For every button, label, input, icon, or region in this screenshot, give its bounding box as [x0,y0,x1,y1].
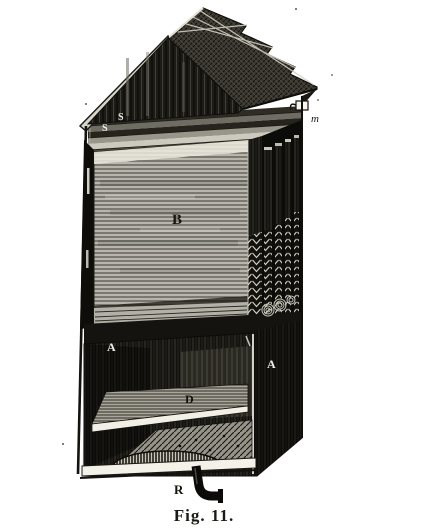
label-b: B [172,212,182,228]
label-r: R [174,482,184,497]
label-s-upper: S [118,112,124,123]
label-a-left: A [107,340,116,354]
label-m: m [311,113,319,125]
engraving-page: S S m [0,0,432,532]
label-d: D [185,392,194,406]
kiln-figure-engraving: S S m [0,0,432,532]
figure-caption: Fig. 11. [174,506,234,525]
label-a-right: A [267,357,276,371]
label-s-lower: S [102,123,108,134]
